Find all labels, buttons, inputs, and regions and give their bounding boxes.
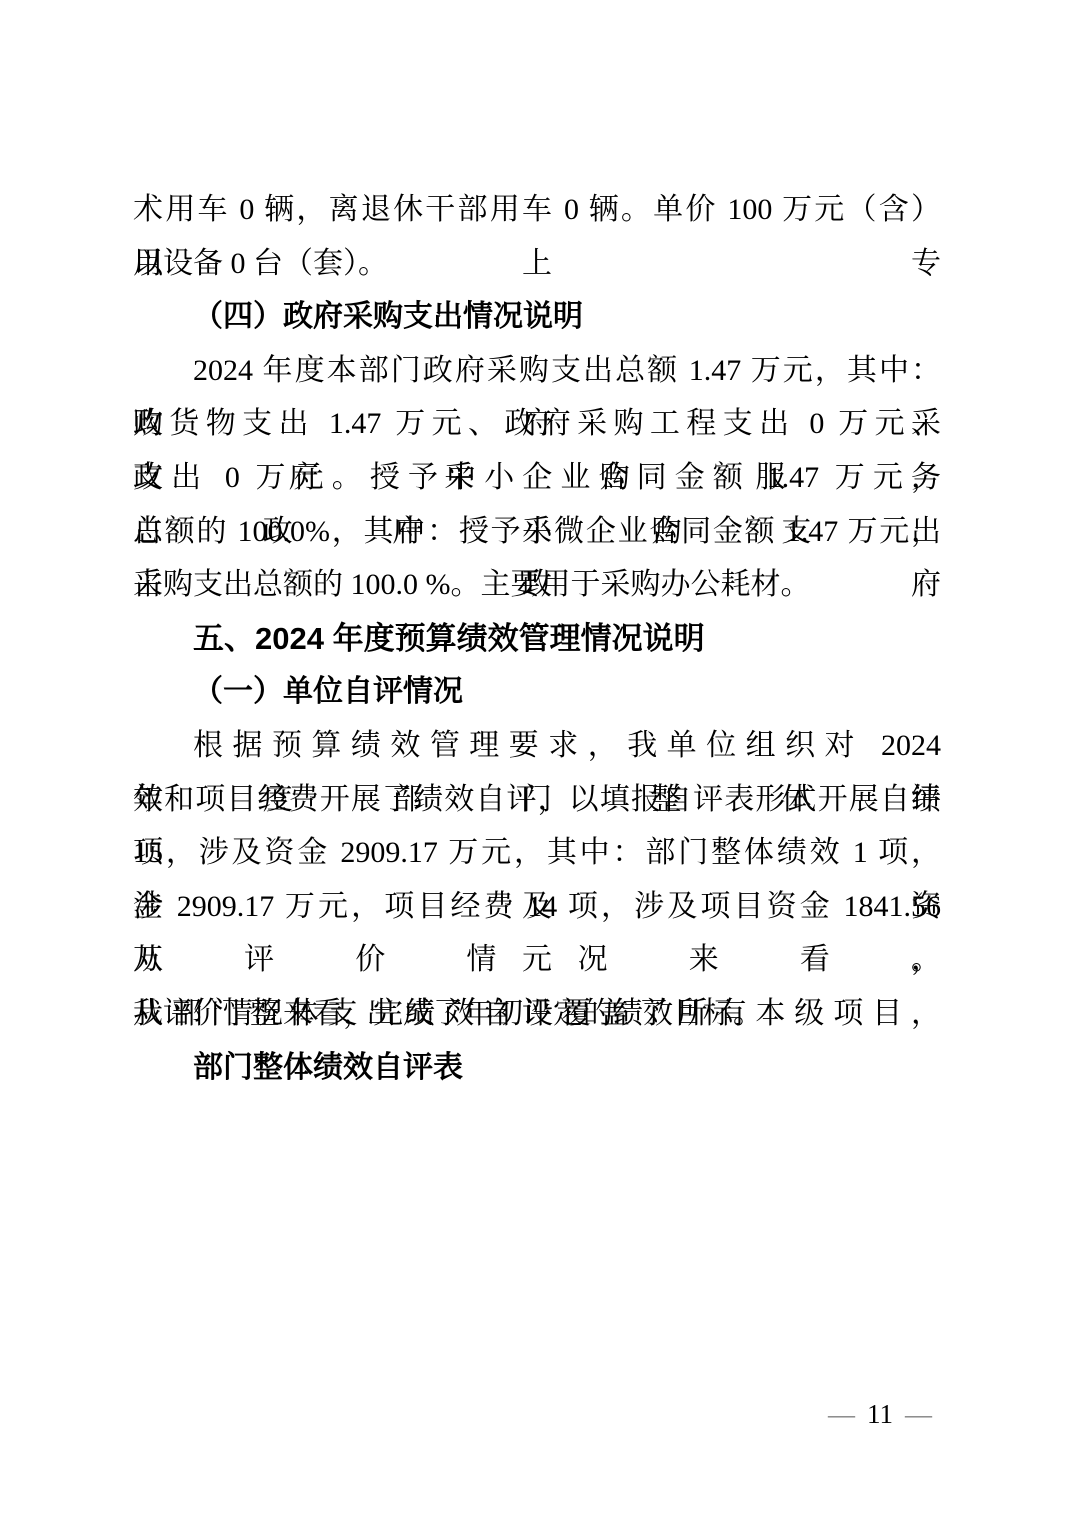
paragraph-selfeval-line: 从评价情况来看，我部门整体支出绩效自评覆盖了所有本级项目， — [133, 933, 941, 987]
table-title: 部门整体绩效自评表 — [133, 1041, 941, 1095]
page-number-dash-right: — — [905, 1399, 932, 1429]
page-number: —11— — [816, 1396, 944, 1432]
page-content: 术用车 0 辆，离退休干部用车 0 辆。单价 100 万元（含）以上专 用设备 … — [133, 183, 941, 1094]
page-number-dash-left: — — [828, 1399, 855, 1429]
paragraph-procurement-line: 总额的 100.0%，其中：授予小微企业合同金额 1.47 万元，占政府 — [133, 505, 941, 559]
paragraph-selfeval-line: 金 2909.17 万元，项目经费 14 项，涉及项目资金 1841.56 万元… — [133, 880, 941, 934]
paragraph-procurement-line: 2024 年度本部门政府采购支出总额 1.47 万元，其中：政府采 — [133, 344, 941, 398]
subsection-heading-selfeval: （一）单位自评情况 — [133, 665, 941, 719]
document-page: 术用车 0 辆，离退休干部用车 0 辆。单价 100 万元（含）以上专 用设备 … — [0, 0, 1074, 1520]
paragraph-selfeval-line: 效和项目经费开展了绩效自评，以填报自评表形式开展自评 15 — [133, 773, 941, 827]
section-heading-procurement: （四）政府采购支出情况说明 — [133, 290, 941, 344]
section-heading-performance: 五、2024 年度预算绩效管理情况说明 — [133, 612, 941, 666]
paragraph-selfeval-line: 项，涉及资金 2909.17 万元，其中：部门整体绩效 1 项，涉及资 — [133, 826, 941, 880]
paragraph-procurement-line: 购货物支出 1.47 万元、政府采购工程支出 0 万元、政府采购服务 — [133, 397, 941, 451]
paragraph-vehicles-line: 术用车 0 辆，离退休干部用车 0 辆。单价 100 万元（含）以上专 — [133, 183, 941, 237]
paragraph-selfeval-line: 根据预算绩效管理要求，我单位组织对 2024 年度部门整体绩 — [133, 719, 941, 773]
paragraph-procurement-line: 支出 0 万元。授予中小企业合同金额 1.47 万元，占政府采购支出 — [133, 451, 941, 505]
page-number-value: 11 — [867, 1399, 893, 1429]
